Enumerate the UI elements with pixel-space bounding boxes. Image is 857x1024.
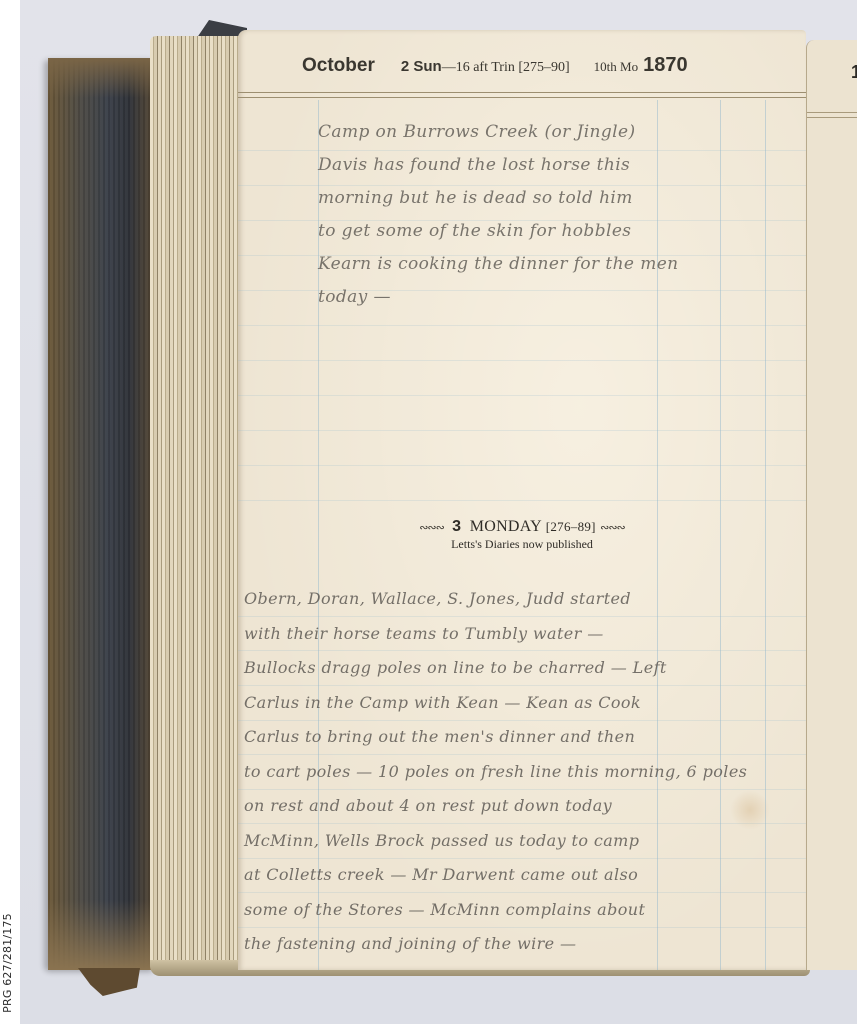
spine-wear-bottom xyxy=(48,900,156,970)
entry-october-3: Obern, Doran, Wallace, S. Jones, Judd st… xyxy=(244,582,747,962)
entry-line: Bullocks dragg poles on line to be charr… xyxy=(244,651,747,686)
day-range: [276–89] xyxy=(546,519,596,534)
entry-line: Davis has found the lost horse this xyxy=(318,149,679,182)
entry-october-2: Camp on Burrows Creek (or Jingle) Davis … xyxy=(318,116,679,314)
header-rule xyxy=(238,92,806,98)
entry-line: Carlus to bring out the men's dinner and… xyxy=(244,720,747,755)
diary-page: October 2 Sun —16 aft Trin [275–90] 10th… xyxy=(238,30,806,970)
weekday: MONDAY xyxy=(470,518,542,535)
entry-line: to get some of the skin for hobbles xyxy=(318,215,679,248)
spine-wear-top xyxy=(48,58,156,98)
ruled-line xyxy=(238,395,806,396)
entry-line: with their horse teams to Tumbly water — xyxy=(244,617,747,652)
entry-line: Camp on Burrows Creek (or Jingle) xyxy=(318,116,679,149)
ruled-line xyxy=(238,325,806,326)
facing-page-header-glyph: 1 xyxy=(851,62,857,83)
margin-strip: PRG 627/281/175 xyxy=(0,0,20,1024)
entry-line: on rest and about 4 on rest put down tod… xyxy=(244,789,747,824)
entry-line: Carlus in the Camp with Kean — Kean as C… xyxy=(244,686,747,721)
header-day: 2 Sun xyxy=(401,58,442,75)
ornament-right-icon: ∾∾∾ xyxy=(600,522,625,534)
header-month-number: 10th Mo xyxy=(594,59,638,75)
page-edges xyxy=(150,36,242,974)
ruled-line xyxy=(238,500,806,501)
page-header: October 2 Sun —16 aft Trin [275–90] 10th… xyxy=(302,54,778,84)
ornament-left-icon: ∾∾∾ xyxy=(419,522,444,534)
ruled-line xyxy=(238,360,806,361)
day-heading-october-3: ∾∾∾ 3 MONDAY [276–89] ∾∾∾ Letts's Diarie… xyxy=(238,518,806,552)
facing-page-header-rule xyxy=(807,112,857,118)
publisher-advert: Letts's Diaries now published xyxy=(238,537,806,552)
entry-line: the fastening and joining of the wire — xyxy=(244,927,747,962)
header-month: October xyxy=(302,55,375,77)
header-liturgical-note: —16 aft Trin [275–90] xyxy=(442,60,570,76)
facing-page: 1 xyxy=(806,40,857,970)
header-year: 1870 xyxy=(643,54,688,77)
paper-stain xyxy=(730,790,770,830)
entry-line: Obern, Doran, Wallace, S. Jones, Judd st… xyxy=(244,582,747,617)
entry-line: morning but he is dead so told him xyxy=(318,182,679,215)
entry-line: at Colletts creek — Mr Darwent came out … xyxy=(244,858,747,893)
entry-line: McMinn, Wells Brock passed us today to c… xyxy=(244,824,747,859)
ruled-line xyxy=(238,430,806,431)
entry-line: today — xyxy=(318,281,679,314)
entry-line: to cart poles — 10 poles on fresh line t… xyxy=(244,755,747,790)
ruled-line xyxy=(238,465,806,466)
book-spine xyxy=(48,58,156,970)
entry-line: Kearn is cooking the dinner for the men xyxy=(318,248,679,281)
day-number: 3 xyxy=(452,518,461,535)
entry-line: some of the Stores — McMinn complains ab… xyxy=(244,893,747,928)
catalogue-reference: PRG 627/281/175 xyxy=(1,908,17,1018)
